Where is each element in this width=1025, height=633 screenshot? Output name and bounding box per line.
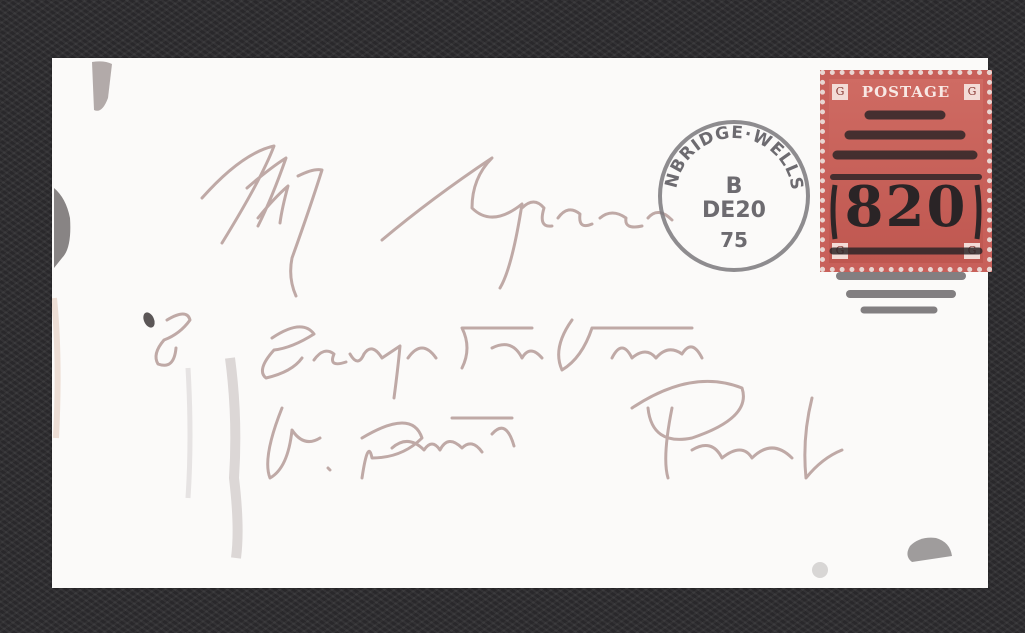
penny-red-stamp: POSTAGE G G G G 820 xyxy=(820,70,992,272)
postmark-code: B xyxy=(654,174,814,199)
envelope: Miss Spencer 8 Sevington Street St. Pete… xyxy=(52,58,988,588)
stamp-face: POSTAGE G G G G 820 xyxy=(829,79,983,263)
cancel-number: 820 xyxy=(829,174,983,240)
postmark-date: DE20 xyxy=(654,198,814,223)
postmark-year: 75 xyxy=(654,228,814,252)
postmark: NBRIDGE·WELLS B DE20 75 xyxy=(654,116,814,276)
